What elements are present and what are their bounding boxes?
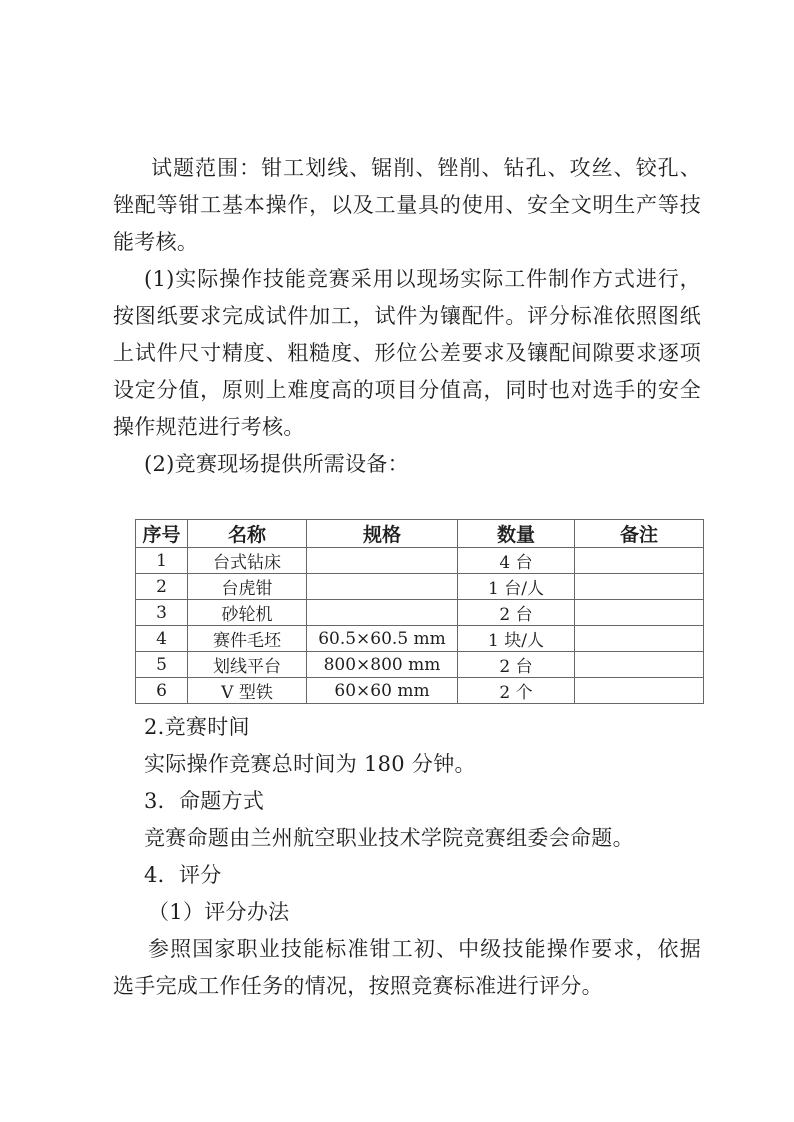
paragraph-competition-time: 实际操作竞赛总时间为 180 分钟。 <box>113 746 701 783</box>
cell-name: 台式钻床 <box>188 548 307 574</box>
cell-remarks <box>575 626 704 652</box>
cell-spec: 800×800 mm <box>307 652 458 678</box>
heading-competition-time: 2.竞赛时间 <box>113 709 701 746</box>
cell-spec: 60.5×60.5 mm <box>307 626 458 652</box>
cell-name: 划线平台 <box>188 652 307 678</box>
table-row: 6 V 型铁 60×60 mm 2 个 <box>136 678 704 704</box>
column-header-quantity: 数量 <box>458 520 575 548</box>
table-row: 1 台式钻床 4 台 <box>136 548 704 574</box>
column-header-index: 序号 <box>136 520 188 548</box>
table-row: 5 划线平台 800×800 mm 2 台 <box>136 652 704 678</box>
column-header-remarks: 备注 <box>575 520 704 548</box>
equipment-table: 序号 名称 规格 数量 备注 1 台式钻床 4 台 <box>135 519 704 704</box>
paragraph-topic-method: 竞赛命题由兰州航空职业技术学院竞赛组委会命题。 <box>113 820 701 857</box>
cell-index: 3 <box>136 600 188 626</box>
cell-name: 台虎钳 <box>188 574 307 600</box>
table-row: 3 砂轮机 2 台 <box>136 600 704 626</box>
cell-remarks <box>575 678 704 704</box>
cell-index: 4 <box>136 626 188 652</box>
cell-index: 5 <box>136 652 188 678</box>
cell-remarks <box>575 548 704 574</box>
cell-quantity: 2 台 <box>458 652 575 678</box>
column-header-name: 名称 <box>188 520 307 548</box>
paragraph-equipment-intro: (2)竞赛现场提供所需设备： <box>113 446 701 483</box>
cell-quantity: 1 块/人 <box>458 626 575 652</box>
cell-spec <box>307 574 458 600</box>
cell-quantity: 2 台 <box>458 600 575 626</box>
cell-index: 2 <box>136 574 188 600</box>
document-page: 试题范围：钳工划线、锯削、锉削、钻孔、攻丝、铰孔、锉配等钳工基本操作，以及工量具… <box>0 0 794 1122</box>
heading-scoring-method: （1）评分办法 <box>113 894 701 931</box>
cell-name: V 型铁 <box>188 678 307 704</box>
column-header-spec: 规格 <box>307 520 458 548</box>
cell-quantity: 2 个 <box>458 678 575 704</box>
cell-spec: 60×60 mm <box>307 678 458 704</box>
table-row: 2 台虎钳 1 台/人 <box>136 574 704 600</box>
cell-remarks <box>575 652 704 678</box>
cell-quantity: 1 台/人 <box>458 574 575 600</box>
equipment-table-wrapper: 序号 名称 规格 数量 备注 1 台式钻床 4 台 <box>135 519 701 704</box>
cell-name: 砂轮机 <box>188 600 307 626</box>
table-header-row: 序号 名称 规格 数量 备注 <box>136 520 704 548</box>
cell-index: 1 <box>136 548 188 574</box>
paragraph-practical-operation: (1)实际操作技能竞赛采用以现场实际工件制作方式进行，按图纸要求完成试件加工，试… <box>113 261 701 446</box>
heading-scoring: 4．评分 <box>113 857 701 894</box>
table-row: 4 赛件毛坯 60.5×60.5 mm 1 块/人 <box>136 626 704 652</box>
cell-remarks <box>575 574 704 600</box>
heading-topic-method: 3．命题方式 <box>113 783 701 820</box>
cell-spec <box>307 600 458 626</box>
document-body: 试题范围：钳工划线、锯削、锉削、钻孔、攻丝、铰孔、锉配等钳工基本操作，以及工量具… <box>113 150 701 1005</box>
cell-index: 6 <box>136 678 188 704</box>
cell-quantity: 4 台 <box>458 548 575 574</box>
cell-spec <box>307 548 458 574</box>
paragraph-scoring-method: 参照国家职业技能标准钳工初、中级技能操作要求，依据选手完成工作任务的情况，按照竞… <box>113 931 701 1005</box>
cell-name: 赛件毛坯 <box>188 626 307 652</box>
cell-remarks <box>575 600 704 626</box>
paragraph-scope: 试题范围：钳工划线、锯削、锉削、钻孔、攻丝、铰孔、锉配等钳工基本操作，以及工量具… <box>113 150 701 261</box>
